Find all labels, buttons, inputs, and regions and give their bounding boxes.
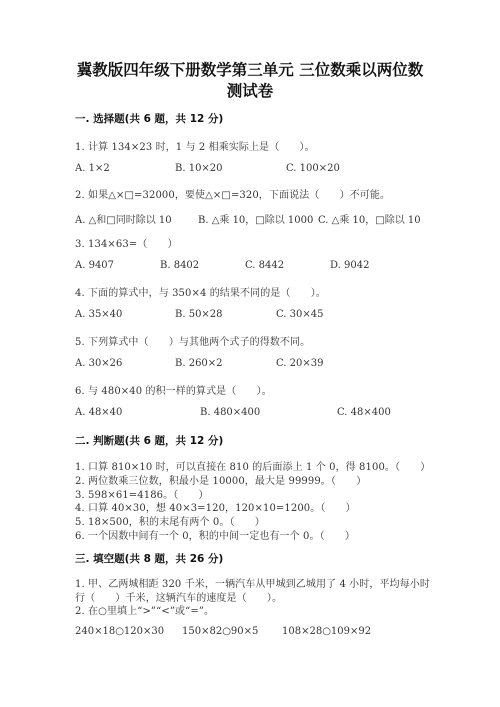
question-text: 4. 口算 40×30，想 40×3=120，120×10=1200。（ ） xyxy=(75,499,356,514)
option-c: C. 8442 xyxy=(245,260,284,271)
option-a: A. 30×26 xyxy=(75,358,122,369)
option-c: C. 30×45 xyxy=(276,309,323,320)
question-text: 2. 两位数乘三位数，积最小是 10000，最大是 99999。（ ） xyxy=(75,472,366,487)
option-b: B. △乘 10，□除以 1000 xyxy=(198,211,313,226)
question-text: 4. 下面的算式中，与 350×4 的结果不同的是（ ）。 xyxy=(75,284,326,299)
question-text: 2. 在○里填上“>”“<”或“=”。 xyxy=(75,602,214,617)
comparison-item: 240×18○120×30 xyxy=(75,626,164,637)
option-b: B. 480×400 xyxy=(200,407,260,418)
option-a: A. 35×40 xyxy=(75,309,122,320)
option-d: D. 9042 xyxy=(330,260,369,271)
question-text: 2. 如果△×□=32000，要使△×□=320，下面说法（ ）不可能。 xyxy=(75,186,390,201)
question-text: 1. 计算 134×23 时，1 与 2 相乘实际上是（ ）。 xyxy=(75,138,315,153)
comparison-item: 150×82○90×5 xyxy=(182,626,258,637)
exam-title-line1: 冀教版四年级下册数学第三单元 三位数乘以两位数 xyxy=(60,60,440,80)
question-text: 3. 134×63=（ ） xyxy=(75,235,178,250)
option-b: B. 260×2 xyxy=(175,358,223,369)
option-b: B. 10×20 xyxy=(175,163,223,174)
option-b: B. 8402 xyxy=(160,260,199,271)
option-a: A. 48×40 xyxy=(75,407,122,418)
section-heading-true-false: 二. 判断题(共 6 题，共 12 分) xyxy=(75,433,223,448)
comparison-item: 108×28○109×92 xyxy=(282,626,371,637)
question-text: 1. 口算 810×10 时，可以直接在 810 的后面添上 1 个 0，得 8… xyxy=(75,458,430,473)
option-a: A. △和□同时除以 10 xyxy=(75,211,172,226)
question-text: 5. 下列算式中（ ）与其他两个式子的得数不同。 xyxy=(75,333,310,348)
section-heading-multiple-choice: 一. 选择题(共 6 题，共 12 分) xyxy=(75,111,223,126)
section-heading-fill-in-blank: 三. 填空题(共 8 题，共 26 分) xyxy=(75,551,223,566)
question-text: 6. 与 480×40 的积一样的算式是（ ）。 xyxy=(75,382,272,397)
option-c: C. △乘 10，□除以 10 xyxy=(318,211,421,226)
option-a: A. 1×2 xyxy=(75,163,110,174)
question-text: 6. 一个因数中间有一个 0，积的中间一定也有一个 0。（ ） xyxy=(75,527,355,542)
question-text: 5. 18×500，积的末尾有两个 0。（ ） xyxy=(75,513,265,528)
option-b: B. 50×28 xyxy=(175,309,223,320)
question-text: 1. 甲、乙两城相距 320 千米，一辆汽车从甲城到乙城用了 4 小时，平均每小… xyxy=(75,575,430,590)
option-c: C. 20×39 xyxy=(276,358,323,369)
option-c: C. 48×400 xyxy=(337,407,391,418)
exam-title-line2: 测试卷 xyxy=(60,81,440,101)
option-a: A. 9407 xyxy=(75,260,114,271)
option-c: C. 100×20 xyxy=(286,163,340,174)
exam-page: 冀教版四年级下册数学第三单元 三位数乘以两位数 测试卷 一. 选择题(共 6 题… xyxy=(0,0,500,707)
